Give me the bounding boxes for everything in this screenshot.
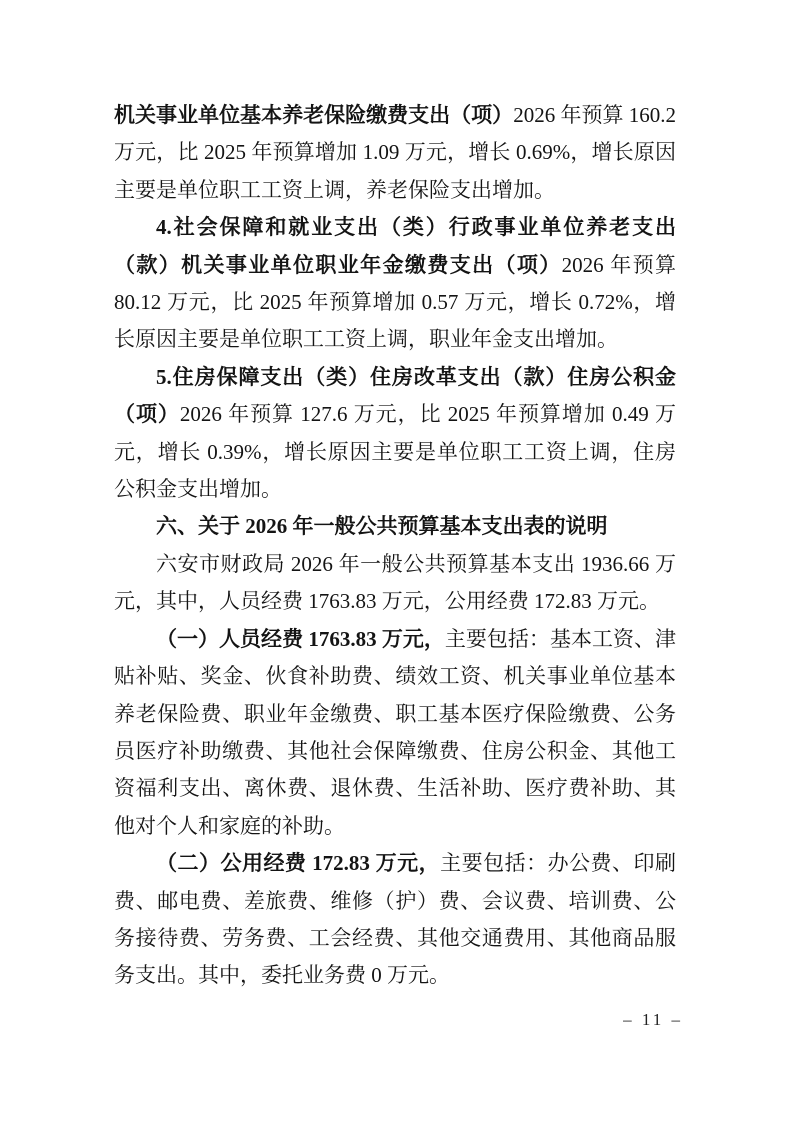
- paragraph-basic-expenditure-summary: 六安市财政局 2026 年一般公共预算基本支出 1936.66 万元，其中，人员…: [114, 546, 676, 621]
- paragraph-occupational-annuity: 4.社会保障和就业支出（类）行政事业单位养老支出（款）机关事业单位职业年金缴费支…: [114, 209, 676, 359]
- paragraph-lead-bold: （二）公用经费 172.83 万元，: [156, 851, 440, 875]
- paragraph-pension-contribution: 机关事业单位基本养老保险缴费支出（项）2026 年预算 160.2 万元，比 2…: [114, 97, 676, 209]
- document-page: 机关事业单位基本养老保险缴费支出（项）2026 年预算 160.2 万元，比 2…: [0, 0, 793, 1122]
- paragraph-housing-fund: 5.住房保障支出（类）住房改革支出（款）住房公积金（项）2026 年预算 127…: [114, 359, 676, 509]
- page-number: – 11 –: [623, 1008, 683, 1032]
- paragraph-lead-bold: （一）人员经费 1763.83 万元，: [156, 627, 445, 651]
- paragraph-lead-bold: 机关事业单位基本养老保险缴费支出（项）: [114, 103, 513, 127]
- paragraph-body-text: 六安市财政局 2026 年一般公共预算基本支出 1936.66 万元，其中，人员…: [114, 552, 676, 613]
- paragraph-public-funds: （二）公用经费 172.83 万元，主要包括：办公费、印刷费、邮电费、差旅费、维…: [114, 845, 676, 995]
- section-heading-basic-expenditure: 六、关于 2026 年一般公共预算基本支出表的说明: [114, 508, 676, 545]
- paragraph-personnel-funds: （一）人员经费 1763.83 万元，主要包括：基本工资、津贴补贴、奖金、伙食补…: [114, 621, 676, 845]
- document-body: 机关事业单位基本养老保险缴费支出（项）2026 年预算 160.2 万元，比 2…: [114, 97, 676, 995]
- section-heading-text: 六、关于 2026 年一般公共预算基本支出表的说明: [156, 514, 608, 538]
- paragraph-body-text: 2026 年预算 127.6 万元，比 2025 年预算增加 0.49 万元，增…: [114, 402, 676, 501]
- paragraph-body-text: 主要包括：基本工资、津贴补贴、奖金、伙食补助费、绩效工资、机关事业单位基本养老保…: [114, 627, 676, 838]
